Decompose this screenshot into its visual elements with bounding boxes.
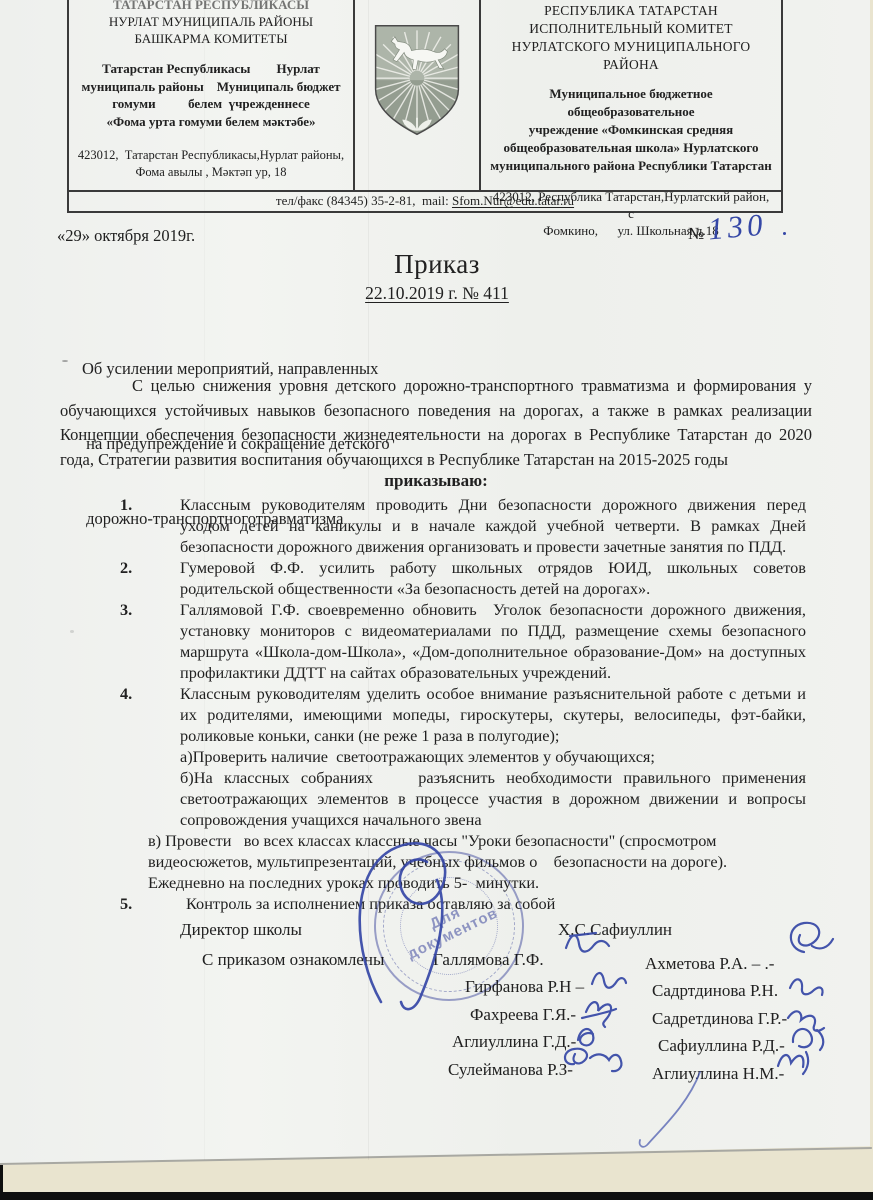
letterhead-emblem-cell: [355, 0, 481, 190]
letterhead-table: ТАТАРСТАН РЕСПУБЛИКАСЫ НУРЛАТ МУНИЦИПАЛЬ…: [67, 0, 783, 213]
item-number: 1.: [120, 494, 132, 515]
org-name-tatar-line: НУРЛАТ МУНИЦИПАЛЬ РАЙОНЫ: [75, 13, 347, 30]
order-item-4a: а)Проверить наличие светоотражающих элем…: [180, 746, 806, 767]
scan-speck: [62, 360, 68, 362]
org-name-russian-line: РЕСПУБЛИКА ТАТАРСТАН: [489, 2, 773, 20]
item-number: 2.: [120, 557, 132, 578]
handwritten-number: 130: [707, 207, 768, 248]
item-number: 4.: [120, 683, 132, 704]
school-name-tatar: Татарстан Республикасы Нурлатмуниципаль …: [75, 60, 347, 130]
org-name-tatar-line: БАШКАРМА КОМИТЕТЫ: [75, 30, 347, 47]
item-text: Классным руководителям проводить Дни без…: [180, 494, 806, 557]
acknowledged-label: С приказом ознакомлены: [202, 950, 384, 970]
document-date: «29» октября 2019г.: [57, 226, 195, 246]
director-label: Директор школы: [180, 920, 302, 940]
number-sign: №: [688, 224, 704, 244]
ack-name: Садретдинова Г.Р.-: [652, 1009, 787, 1029]
item-number: 3.: [120, 599, 132, 620]
order-item-4: 4. Классным руководителям уделить особое…: [0, 683, 873, 746]
order-item-2: 2. Гумеровой Ф.Ф. усилить работу школьны…: [0, 557, 873, 599]
ack-name: Сулейманова Р.З-: [448, 1060, 573, 1080]
ack-name: Аглиуллина Н.М.-: [652, 1064, 784, 1084]
phone-fax: тел/факс (84345) 35-2-81, mail:: [276, 193, 452, 208]
ack-name: Сафиуллина Р.Д.-: [658, 1036, 785, 1056]
letterhead-left-cell: ТАТАРСТАН РЕСПУБЛИКАСЫ НУРЛАТ МУНИЦИПАЛЬ…: [69, 0, 355, 190]
ack-name: Фахреева Г.Я.-: [470, 1005, 576, 1025]
order-item-4b: б)На классных собраниях разъяснить необх…: [180, 767, 806, 830]
ink-dot: [783, 232, 786, 235]
ack-name: Аглиуллина Г.Д.-: [452, 1032, 576, 1052]
ack-name: Садртдинова Р.Н.: [652, 981, 778, 1001]
director-name: Х.С.Сафиуллин: [558, 920, 672, 940]
letterhead-right-cell: РЕСПУБЛИКА ТАТАРСТАН ИСПОЛНИТЕЛЬНЫЙ КОМИ…: [481, 0, 781, 190]
school-name-russian: Муниципальное бюджетное общеобразователь…: [489, 85, 773, 175]
item-number: 5.: [120, 893, 132, 914]
address-tatar: 423012, Татарстан Республикасы,Нурлат ра…: [75, 147, 347, 180]
stamp-text: Для документов: [397, 889, 500, 963]
scanned-document: ТАТАРСТАН РЕСПУБЛИКАСЫ НУРЛАТ МУНИЦИПАЛЬ…: [0, 0, 873, 1200]
order-item-3: 3. Галлямовой Г.Ф. своевременно обновить…: [0, 599, 873, 683]
page-title: Приказ: [74, 249, 800, 280]
email-address: Sfom.Nur@edu.tatar.ru: [452, 193, 574, 208]
item-text: Классным руководителям уделить особое вн…: [180, 683, 806, 746]
order-date-number: 22.10.2019 г. № 411: [74, 283, 800, 304]
order-word: приказываю:: [60, 471, 812, 491]
order-preamble: С целью снижения уровня детского дорожно…: [60, 374, 812, 472]
order-item-1: 1. Классным руководителям проводить Дни …: [0, 494, 873, 557]
ack-name: Ахметова Р.А. – .-: [645, 954, 774, 974]
item-text: Гумеровой Ф.Ф. усилить работу школьных о…: [180, 557, 806, 599]
item-text: Галлямовой Г.Ф. своевременно обновить Уг…: [180, 599, 806, 683]
org-name-russian-line: ИСПОЛНИТЕЛЬНЫЙ КОМИТЕТ: [489, 20, 773, 38]
org-name-russian-line: НУРЛАТСКОГО МУНИЦИПАЛЬНОГО РАЙОНА: [489, 38, 773, 74]
coat-of-arms-icon: [371, 23, 463, 138]
org-name-tatar-line: ТАТАРСТАН РЕСПУБЛИКАСЫ: [75, 0, 347, 13]
